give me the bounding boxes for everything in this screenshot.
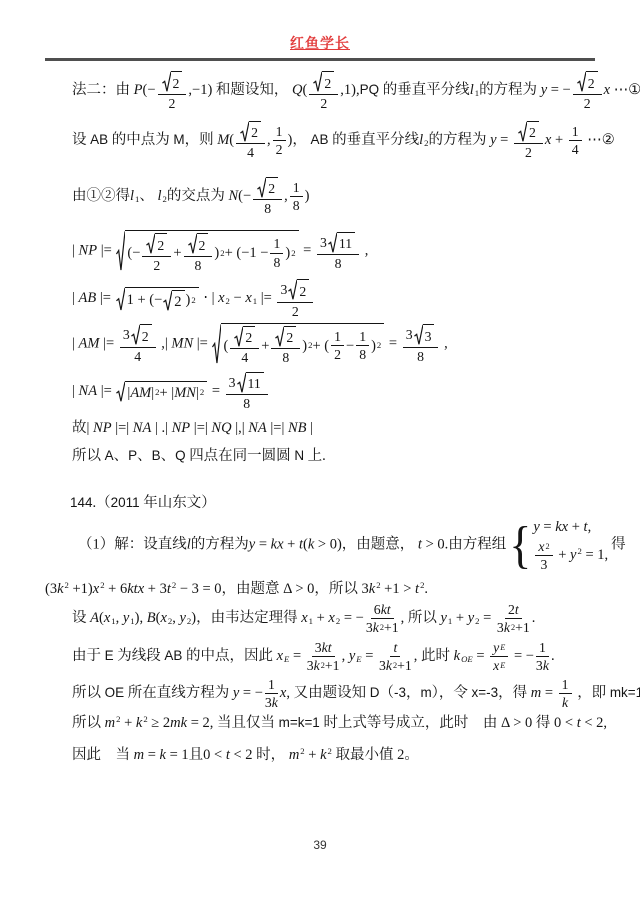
radical-sign	[240, 121, 249, 143]
text-run: (−	[238, 188, 251, 204]
text-run: AB	[164, 647, 182, 662]
text-line: | NP |= (−22 + 28)2 + (−1 − 18)2 = 3118 …	[72, 230, 630, 273]
text-run: x	[328, 610, 334, 626]
square-root: (24 + 28)2 + (12 − 18)2	[212, 323, 384, 366]
text-run: =	[362, 647, 377, 663]
watermark-title: 红鱼学长	[290, 33, 350, 53]
square-root: | AM |2 + | MN |2	[116, 381, 207, 403]
text-run: x	[160, 610, 166, 626]
subscript: OE	[461, 654, 473, 664]
text-run: 3	[536, 658, 543, 673]
text-run: 8	[417, 349, 424, 364]
text-run: m	[420, 685, 431, 700]
fraction: 18	[270, 236, 283, 269]
text-run: .	[424, 581, 428, 597]
fraction: 3118	[317, 232, 359, 272]
fraction: 22	[309, 71, 338, 111]
fraction: 24	[236, 121, 265, 161]
text-line: | NA |= | AM |2 + | MN |2 = 3118	[72, 372, 630, 412]
text-run: 的方程为	[479, 82, 541, 98]
text-run: +1)	[69, 581, 93, 597]
page-header: 红鱼学长	[0, 0, 640, 61]
text-run: |=	[96, 290, 114, 306]
text-line: 法二：由 P(−22,−1) 和题设知， Q(22,1),PQ 的垂直平分线l1…	[72, 71, 630, 111]
text-run: 、	[114, 448, 129, 464]
text-run: y	[468, 610, 474, 626]
text-run: = −	[340, 610, 364, 626]
text-run: 、	[137, 448, 152, 464]
text-run: y	[440, 610, 446, 626]
text-run: 2	[268, 181, 275, 196]
text-run: 4	[134, 349, 141, 364]
text-run: 所在直线方程为	[124, 685, 233, 701]
square-root: 2	[240, 121, 261, 143]
text-run: 由于	[72, 647, 105, 663]
text-run: 3	[265, 695, 272, 710]
text-line: 故| NP |=| NA | .| NP |=| NQ |,| NA |=| N…	[72, 419, 630, 437]
text-run: 的方程为	[191, 536, 249, 552]
text-run: k	[369, 581, 375, 597]
text-run: 2	[245, 330, 252, 345]
text-run: kt	[381, 602, 391, 617]
text-run: 1	[268, 677, 275, 692]
text-run: kt	[322, 640, 332, 655]
square-root: 1 + (−2)2	[116, 287, 199, 312]
square-root: 3	[414, 324, 435, 346]
text-run: 、	[161, 448, 176, 464]
text-run: 上.	[304, 448, 326, 464]
text-line: （1）解：设直线l的方程为y = kx + t(k > 0)，由题意， t > …	[78, 518, 630, 572]
text-run: 所以	[72, 448, 105, 464]
fraction: 13k	[265, 677, 278, 710]
text-run: 四点在同一圆圆	[186, 448, 295, 464]
text-run: |=	[99, 335, 117, 351]
text-run: AB	[311, 132, 329, 147]
square-root: 2	[234, 326, 255, 348]
text-run: |=|	[112, 420, 133, 436]
text-line: 因此 当 m = k = 1且0 < t < 2 时， m2 + k2 取最小值…	[72, 746, 630, 764]
radical-sign	[275, 326, 284, 348]
text-run: m	[531, 685, 541, 701]
text-run: ⋅ |	[200, 290, 218, 306]
text-run: 3	[379, 658, 386, 673]
text-run: +	[551, 132, 566, 148]
text-run: 得	[611, 536, 626, 552]
text-run: 1 + (−	[127, 291, 163, 309]
text-run: l	[158, 188, 162, 204]
text-run: 为线段	[114, 647, 165, 663]
text-run: 2	[525, 145, 532, 160]
text-run: =	[144, 747, 159, 763]
radical-sign	[237, 372, 246, 394]
text-run: .	[532, 610, 536, 626]
square-root: 2	[275, 326, 296, 348]
text-run: x	[218, 290, 224, 306]
text-run: −	[230, 290, 245, 306]
text-run: +	[173, 244, 181, 262]
text-run: k	[272, 695, 278, 710]
text-run: 2	[173, 76, 180, 91]
fraction: 14	[569, 124, 582, 157]
text-run: |=	[257, 290, 275, 306]
square-root: 2	[131, 324, 152, 346]
text-run: ，即	[574, 685, 610, 701]
text-run: E	[105, 647, 114, 662]
text-run: 1	[572, 124, 579, 139]
text-run: )	[285, 244, 290, 262]
text-line: 所以 OE 所在直线方程为 y = −13kx, 又由题设知 D（-3，m），令…	[72, 677, 630, 710]
superscript: 2	[291, 248, 295, 259]
text-run: l	[419, 132, 423, 148]
text-run: k	[454, 647, 460, 663]
text-run: |	[151, 384, 154, 402]
text-run: 1	[276, 124, 283, 139]
text-run: > 0)，由题意，	[314, 536, 418, 552]
fraction: t3k2 +1	[379, 640, 412, 673]
text-run: 2	[142, 329, 149, 344]
text-run: B	[147, 610, 156, 626]
text-run: ⋯②	[584, 132, 615, 148]
text-run: 2	[529, 125, 536, 140]
fraction: 28	[253, 177, 282, 217]
text-run: x	[245, 290, 251, 306]
text-run: 由①②得	[72, 188, 130, 204]
text-run: M	[173, 132, 184, 147]
text-line: 所以 m2 + k2 ≥ 2mk = 2, 当且仅当 m=k=1 时上式等号成立…	[72, 714, 630, 732]
text-run: < 2 时，	[230, 747, 289, 763]
text-run: 、	[139, 188, 157, 204]
fraction: 28	[184, 233, 213, 273]
text-run: = −	[239, 685, 263, 701]
text-run: < 2,	[581, 715, 607, 731]
text-run: 1	[334, 329, 341, 344]
text-run: ,|	[158, 335, 172, 351]
text-run: +	[452, 610, 467, 626]
text-run: +1	[397, 658, 412, 673]
text-run: x=-3	[472, 685, 499, 700]
text-run: 3	[229, 375, 236, 390]
text-run: x	[301, 610, 307, 626]
radical-sign	[234, 326, 243, 348]
text-line: 所以 A、P、B、Q 四点在同一圆圆 N 上.	[72, 447, 630, 465]
text-run: mk=1	[610, 685, 640, 700]
radical-sign	[116, 287, 125, 312]
text-run: ,	[116, 610, 123, 626]
text-run: , 所以	[401, 610, 441, 626]
text-run: =	[289, 647, 304, 663]
text-run: m=k=1	[279, 715, 320, 730]
square-root: 2	[188, 233, 209, 255]
text-run: AB	[90, 132, 108, 147]
text-run: 11	[248, 376, 261, 391]
text-run: 8	[335, 256, 342, 271]
text-run: （	[379, 685, 394, 701]
text-run: + 3	[144, 581, 167, 597]
text-run: ,	[588, 519, 592, 535]
text-run: y	[349, 647, 355, 663]
text-run: t	[167, 581, 171, 597]
text-run: k	[562, 695, 568, 710]
text-run: 8	[195, 258, 202, 273]
text-run: 1	[562, 677, 569, 692]
fraction: 2t3k2 +1	[497, 602, 530, 635]
fraction: yExE	[490, 640, 508, 673]
text-run: +	[261, 337, 269, 355]
square-root: 2	[146, 233, 167, 255]
text-run: +	[284, 536, 299, 552]
text-run: +	[555, 547, 570, 563]
superscript: 2	[200, 387, 204, 398]
text-run: 的方程为	[428, 132, 490, 148]
text-run: |=	[97, 243, 115, 259]
text-run: 2	[174, 293, 181, 311]
text-line: 144.（2011 年山东文）	[70, 494, 630, 512]
text-line: | AB |= 1 + (−2)2 ⋅ | x2 − x1 |= 322	[72, 279, 630, 319]
left-brace: {	[509, 522, 531, 568]
text-run: Q	[175, 448, 185, 463]
text-run: AM	[79, 335, 100, 351]
text-run: AM	[130, 384, 151, 402]
text-run: NP	[172, 420, 191, 436]
text-run: Q	[292, 82, 302, 98]
text-run: ,−1) 和题设知，	[188, 82, 292, 98]
square-root: 2	[313, 71, 334, 93]
superscript: 2	[545, 542, 549, 551]
text-run: )	[186, 291, 191, 309]
text-run: +	[120, 715, 135, 731]
text-run: + 6	[105, 581, 128, 597]
text-run: NA	[79, 383, 98, 399]
text-run: =	[540, 519, 555, 535]
text-run: − 3 = 0，由题意 Δ > 0，所以 3	[176, 581, 369, 597]
text-run: D	[370, 685, 380, 700]
text-run: 3	[123, 327, 130, 342]
text-run: (	[229, 132, 234, 148]
text-run: 3	[425, 329, 432, 344]
text-run: 2	[324, 76, 331, 91]
text-run: ,	[284, 188, 288, 204]
text-run: =	[479, 610, 494, 626]
text-run: )，由韦达定理得	[191, 610, 301, 626]
text-line: 设 AB 的中点为 M，则 M(24,12)， AB 的垂直平分线l2的方程为 …	[72, 121, 630, 161]
text-run: x	[93, 581, 99, 597]
fraction: x23	[535, 539, 552, 572]
text-run: 的垂直平分线	[379, 82, 470, 98]
radical-sign	[313, 71, 322, 93]
text-run: 2	[292, 304, 299, 319]
text-run: =	[300, 243, 315, 259]
text-run: 1	[539, 640, 546, 655]
text-run: , 又由题设知	[286, 685, 369, 701]
square-root: 2	[163, 290, 184, 312]
text-run: 2	[157, 238, 164, 253]
text-run: 2011	[111, 495, 140, 510]
text-run: .（	[92, 495, 110, 511]
text-run: +1	[325, 658, 340, 673]
text-run: NP	[79, 243, 98, 259]
fraction: 12	[273, 124, 286, 157]
text-run: 3	[497, 620, 504, 635]
text-run: k	[136, 715, 142, 731]
fraction: 22	[573, 71, 602, 111]
text-run: 的垂直平分线	[328, 132, 419, 148]
text-run: A	[90, 610, 99, 626]
square-root: 2	[257, 177, 278, 199]
text-run: = −	[547, 82, 571, 98]
text-run: =	[497, 132, 512, 148]
text-run: y	[493, 640, 499, 655]
text-run: (	[223, 337, 228, 355]
fraction: 24	[230, 326, 259, 366]
text-run: NB	[288, 420, 307, 436]
text-run: x	[104, 610, 110, 626]
text-run: MN	[171, 335, 193, 351]
text-line: 由于 E 为线段 AB 的中点，因此 xE = 3kt3k2 +1, yE = …	[72, 640, 630, 673]
text-run: 3	[541, 557, 548, 572]
fraction: 338	[403, 324, 439, 364]
document-body: 法二：由 P(−22,−1) 和题设知， Q(22,1),PQ 的垂直平分线l1…	[0, 71, 640, 764]
text-run: =	[385, 335, 400, 351]
radical-sign	[414, 324, 423, 346]
text-run: 2	[169, 96, 176, 111]
text-run: 4	[247, 145, 254, 160]
equation-system: {y = kx + t,x23 + y2 = 1,	[509, 518, 608, 572]
text-run: ktx	[127, 581, 144, 597]
text-run: 3	[366, 620, 373, 635]
text-run: 2	[320, 96, 327, 111]
text-run: +	[305, 747, 320, 763]
subscript: E	[500, 643, 505, 652]
text-run: AB	[79, 290, 97, 306]
text-run: NA	[133, 420, 152, 436]
text-run: 8	[293, 198, 300, 213]
square-root: 11	[328, 232, 355, 254]
text-run: ,1),	[340, 82, 359, 98]
text-run: N	[294, 448, 304, 463]
page-number: 39	[0, 838, 640, 852]
text-run: = −	[510, 647, 534, 663]
radical-sign	[257, 177, 266, 199]
text-run: =	[473, 647, 488, 663]
text-run: 3	[315, 640, 322, 655]
text-run: + |	[160, 384, 175, 402]
header-rule	[45, 58, 595, 61]
text-run: (3	[45, 581, 57, 597]
text-run: k	[320, 747, 326, 763]
text-run: 所以	[72, 685, 105, 701]
text-run: +1 >	[381, 581, 415, 597]
text-run: ,	[440, 335, 447, 351]
fraction: 324	[120, 324, 156, 364]
text-run: )	[214, 244, 219, 262]
text-run: )	[302, 337, 307, 355]
text-run: )	[371, 337, 376, 355]
text-run: t	[515, 602, 519, 617]
radical-sign	[116, 381, 125, 403]
text-run: ,	[267, 132, 271, 148]
text-run: ,	[361, 243, 368, 259]
text-run: 设	[72, 610, 90, 626]
text-run: NA	[248, 420, 267, 436]
text-run: t	[415, 581, 419, 597]
text-run: t	[393, 640, 397, 655]
text-run: 8	[243, 396, 250, 411]
text-run: 3	[320, 235, 327, 250]
text-run: m	[105, 715, 115, 731]
text-run: +	[568, 519, 583, 535]
text-run: 3	[406, 327, 413, 342]
fraction: 12	[331, 329, 344, 362]
superscript: 2	[377, 340, 381, 351]
radical-sign	[146, 233, 155, 255]
fraction: 22	[158, 71, 187, 111]
text-run: )，	[288, 132, 311, 148]
text-run: = 1,	[582, 547, 608, 563]
text-run: = 2, 当且仅当	[187, 715, 279, 731]
square-root: 2	[577, 71, 598, 93]
text-run: )	[305, 188, 310, 204]
text-run: mk	[170, 715, 187, 731]
square-root: (−22 + 28)2 + (−1 − 18)2	[116, 230, 298, 273]
text-run: −	[346, 337, 354, 355]
text-run: = 1且0 <	[166, 747, 226, 763]
text-run: |=|	[267, 420, 288, 436]
text-run: |=	[193, 335, 211, 351]
radical-sign	[288, 279, 297, 301]
text-run: |=	[97, 383, 115, 399]
radical-sign	[162, 71, 171, 93]
text-run: 因此 当	[72, 747, 134, 763]
fraction: 322	[277, 279, 313, 319]
superscript: 2	[191, 295, 195, 306]
text-run: , 此时	[414, 647, 454, 663]
text-run: .	[551, 647, 555, 663]
text-run: MN	[174, 384, 196, 402]
text-run: + (	[312, 337, 329, 355]
text-run: M	[217, 132, 229, 148]
text-run: PQ	[360, 82, 379, 97]
text-run: 所以	[72, 715, 105, 731]
text-run: 法二：由	[72, 82, 134, 98]
text-run: 1	[293, 180, 300, 195]
text-run: 由方程组	[448, 536, 506, 552]
text-run: 的中点为	[108, 132, 173, 148]
square-root: 2	[162, 71, 183, 93]
document-page: 红鱼学长 法二：由 P(−22,−1) 和题设知， Q(22,1),PQ 的垂直…	[0, 0, 640, 905]
text-run: |	[196, 384, 199, 402]
text-run: 4	[572, 142, 579, 157]
text-run: 3	[280, 282, 287, 297]
text-run: y	[123, 610, 129, 626]
text-run: ,	[342, 647, 349, 663]
text-run: k	[543, 658, 549, 673]
text-run: 8	[282, 350, 289, 365]
text-run: (	[303, 82, 308, 98]
radical-sign	[577, 71, 586, 93]
text-run: y	[570, 547, 576, 563]
text-run: k	[57, 581, 63, 597]
text-run: 取最小值 2。	[332, 747, 419, 763]
text-run: +1	[515, 620, 530, 635]
fraction: 28	[271, 326, 300, 366]
text-run: (−	[142, 82, 155, 98]
fraction: 3kt3k2 +1	[307, 640, 340, 673]
text-line: 设 A(x1, y1), B(x2, y2)，由韦达定理得 x1 + x2 = …	[72, 602, 630, 635]
text-run: 年山东文）	[140, 495, 216, 511]
radical-sign	[163, 290, 172, 312]
text-line: 由①②得l1、 l2的交点为 N(−28,18)	[72, 177, 630, 217]
text-run: NQ	[211, 420, 231, 436]
